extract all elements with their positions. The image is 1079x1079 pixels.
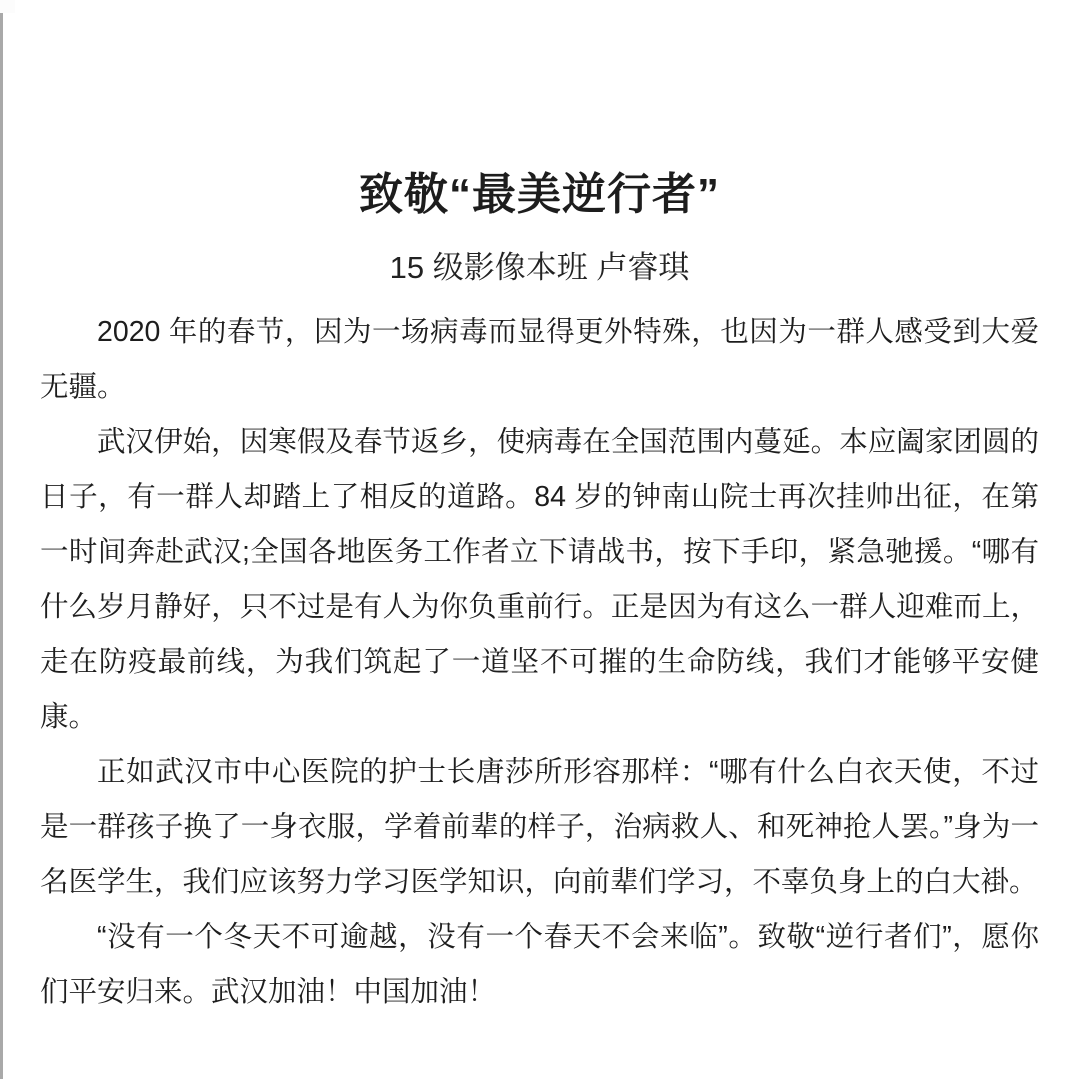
paragraph-wuhan-outbreak: 武汉伊始，因寒假及春节返乡，使病毒在全国范围内蔓延。本应阖家团圆的日子，有一群人… xyxy=(40,415,1039,745)
left-edge-notch xyxy=(0,0,15,13)
byline: 15 级影像本班 卢睿琪 xyxy=(40,249,1039,286)
paragraph-closing: “没有一个冬天不可逾越，没有一个春天不会来临”。致敬“逆行者们”，愿你们平安归来… xyxy=(40,910,1039,1020)
left-edge-line xyxy=(0,0,3,1079)
paragraph-intro: 2020 年的春节，因为一场病毒而显得更外特殊，也因为一群人感受到大爱无疆。 xyxy=(40,305,1039,415)
paragraph-nurse-quote: 正如武汉市中心医院的护士长唐莎所形容那样：“哪有什么白衣天使，不过是一群孩子换了… xyxy=(40,745,1039,910)
essay-body: 2020 年的春节，因为一场病毒而显得更外特殊，也因为一群人感受到大爱无疆。 武… xyxy=(40,305,1039,1020)
essay-document: 致敬“最美逆行者” 15 级影像本班 卢睿琪 2020 年的春节，因为一场病毒而… xyxy=(0,0,1079,1020)
document-page: 致敬“最美逆行者” 15 级影像本班 卢睿琪 2020 年的春节，因为一场病毒而… xyxy=(0,0,1079,1079)
page-title: 致敬“最美逆行者” xyxy=(40,168,1039,221)
